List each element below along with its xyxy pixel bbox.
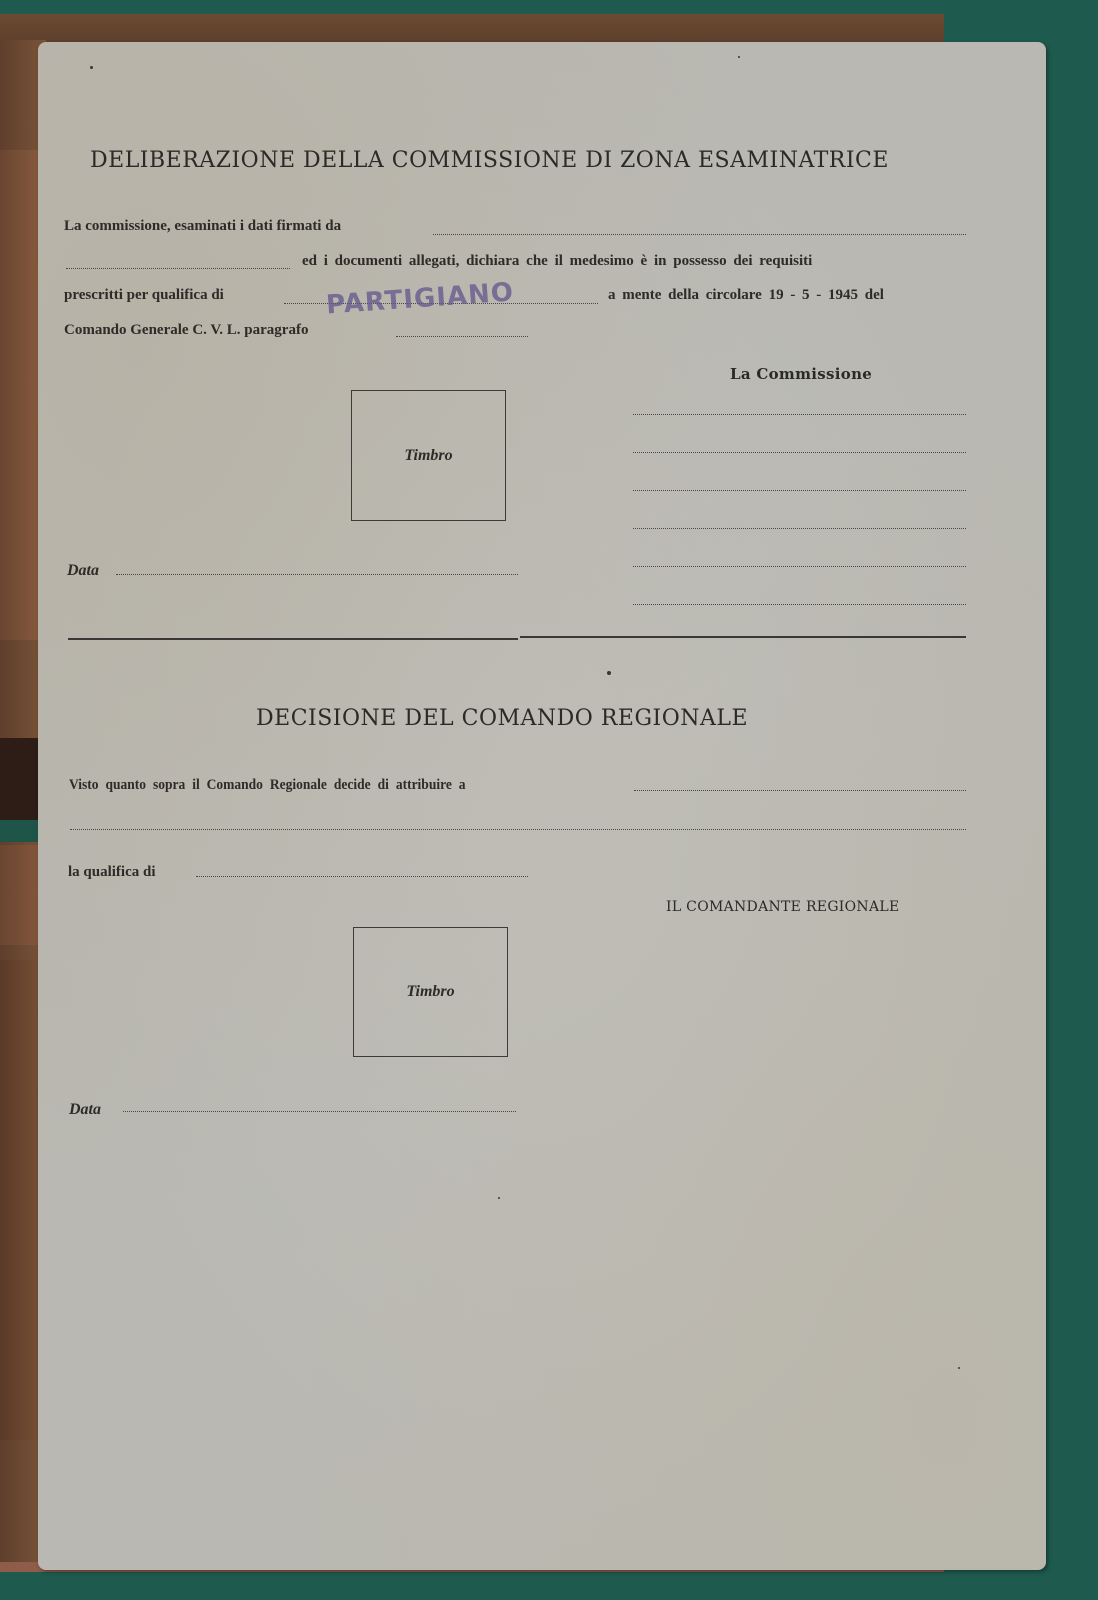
section2-title: DECISIONE DEL COMANDO REGIONALE	[256, 706, 748, 731]
stamp-box-command: Timbro	[353, 927, 508, 1057]
section-divider-left	[68, 638, 518, 640]
commission-signature-line-5[interactable]	[633, 566, 966, 567]
commission-signature-line-2[interactable]	[633, 452, 966, 453]
qualifica-field-section2[interactable]	[196, 876, 528, 877]
partigiano-stamp: PARTIGIANO	[325, 277, 515, 320]
commission-signature-line-4[interactable]	[633, 528, 966, 529]
section1-line3-suffix: a mente della circolare 19 - 5 - 1945 de…	[608, 287, 884, 304]
commission-signature-line-1[interactable]	[633, 414, 966, 415]
section1-line3-prefix: prescritti per qualifica di	[64, 287, 224, 304]
recipient-name-field-cont[interactable]	[70, 829, 966, 830]
stamp-box-label: Timbro	[404, 447, 452, 465]
section1-title: DELIBERAZIONE DELLA COMMISSIONE DI ZONA …	[90, 148, 889, 173]
paper-speck	[498, 1197, 500, 1199]
section2-line1-label: Visto quanto sopra il Comando Regionale …	[69, 777, 466, 794]
date-field-section2[interactable]	[123, 1111, 516, 1112]
signer-name-field[interactable]	[433, 234, 966, 235]
paragrafo-field[interactable]	[396, 336, 528, 337]
section1-line1-label: La commissione, esaminati i dati firmati…	[64, 218, 341, 235]
recipient-name-field[interactable]	[634, 790, 966, 791]
date-label-section1: Data	[67, 562, 99, 580]
qualifica-label-section2: la qualifica di	[68, 864, 156, 881]
paper-speck	[90, 66, 93, 69]
date-field-section1[interactable]	[116, 574, 518, 575]
paper-speck	[607, 671, 611, 675]
date-label-section2: Data	[69, 1101, 101, 1119]
commander-label: IL COMANDANTE REGIONALE	[666, 899, 899, 915]
section1-line2-label: ed i documenti allegati, dichiara che il…	[302, 253, 812, 270]
commission-signature-line-6[interactable]	[633, 604, 966, 605]
document-sheet: DELIBERAZIONE DELLA COMMISSIONE DI ZONA …	[38, 42, 1046, 1570]
commission-label: La Commissione	[730, 365, 872, 383]
signer-name-field-cont[interactable]	[66, 268, 290, 269]
stamp-box-label: Timbro	[406, 983, 454, 1001]
commission-signature-line-3[interactable]	[633, 490, 966, 491]
paper-speck	[958, 1367, 960, 1369]
paper-speck	[738, 56, 740, 58]
section1-line4-label: Comando Generale C. V. L. paragrafo	[64, 322, 308, 339]
stamp-box-commission: Timbro	[351, 390, 506, 521]
section-divider-right	[520, 636, 966, 638]
